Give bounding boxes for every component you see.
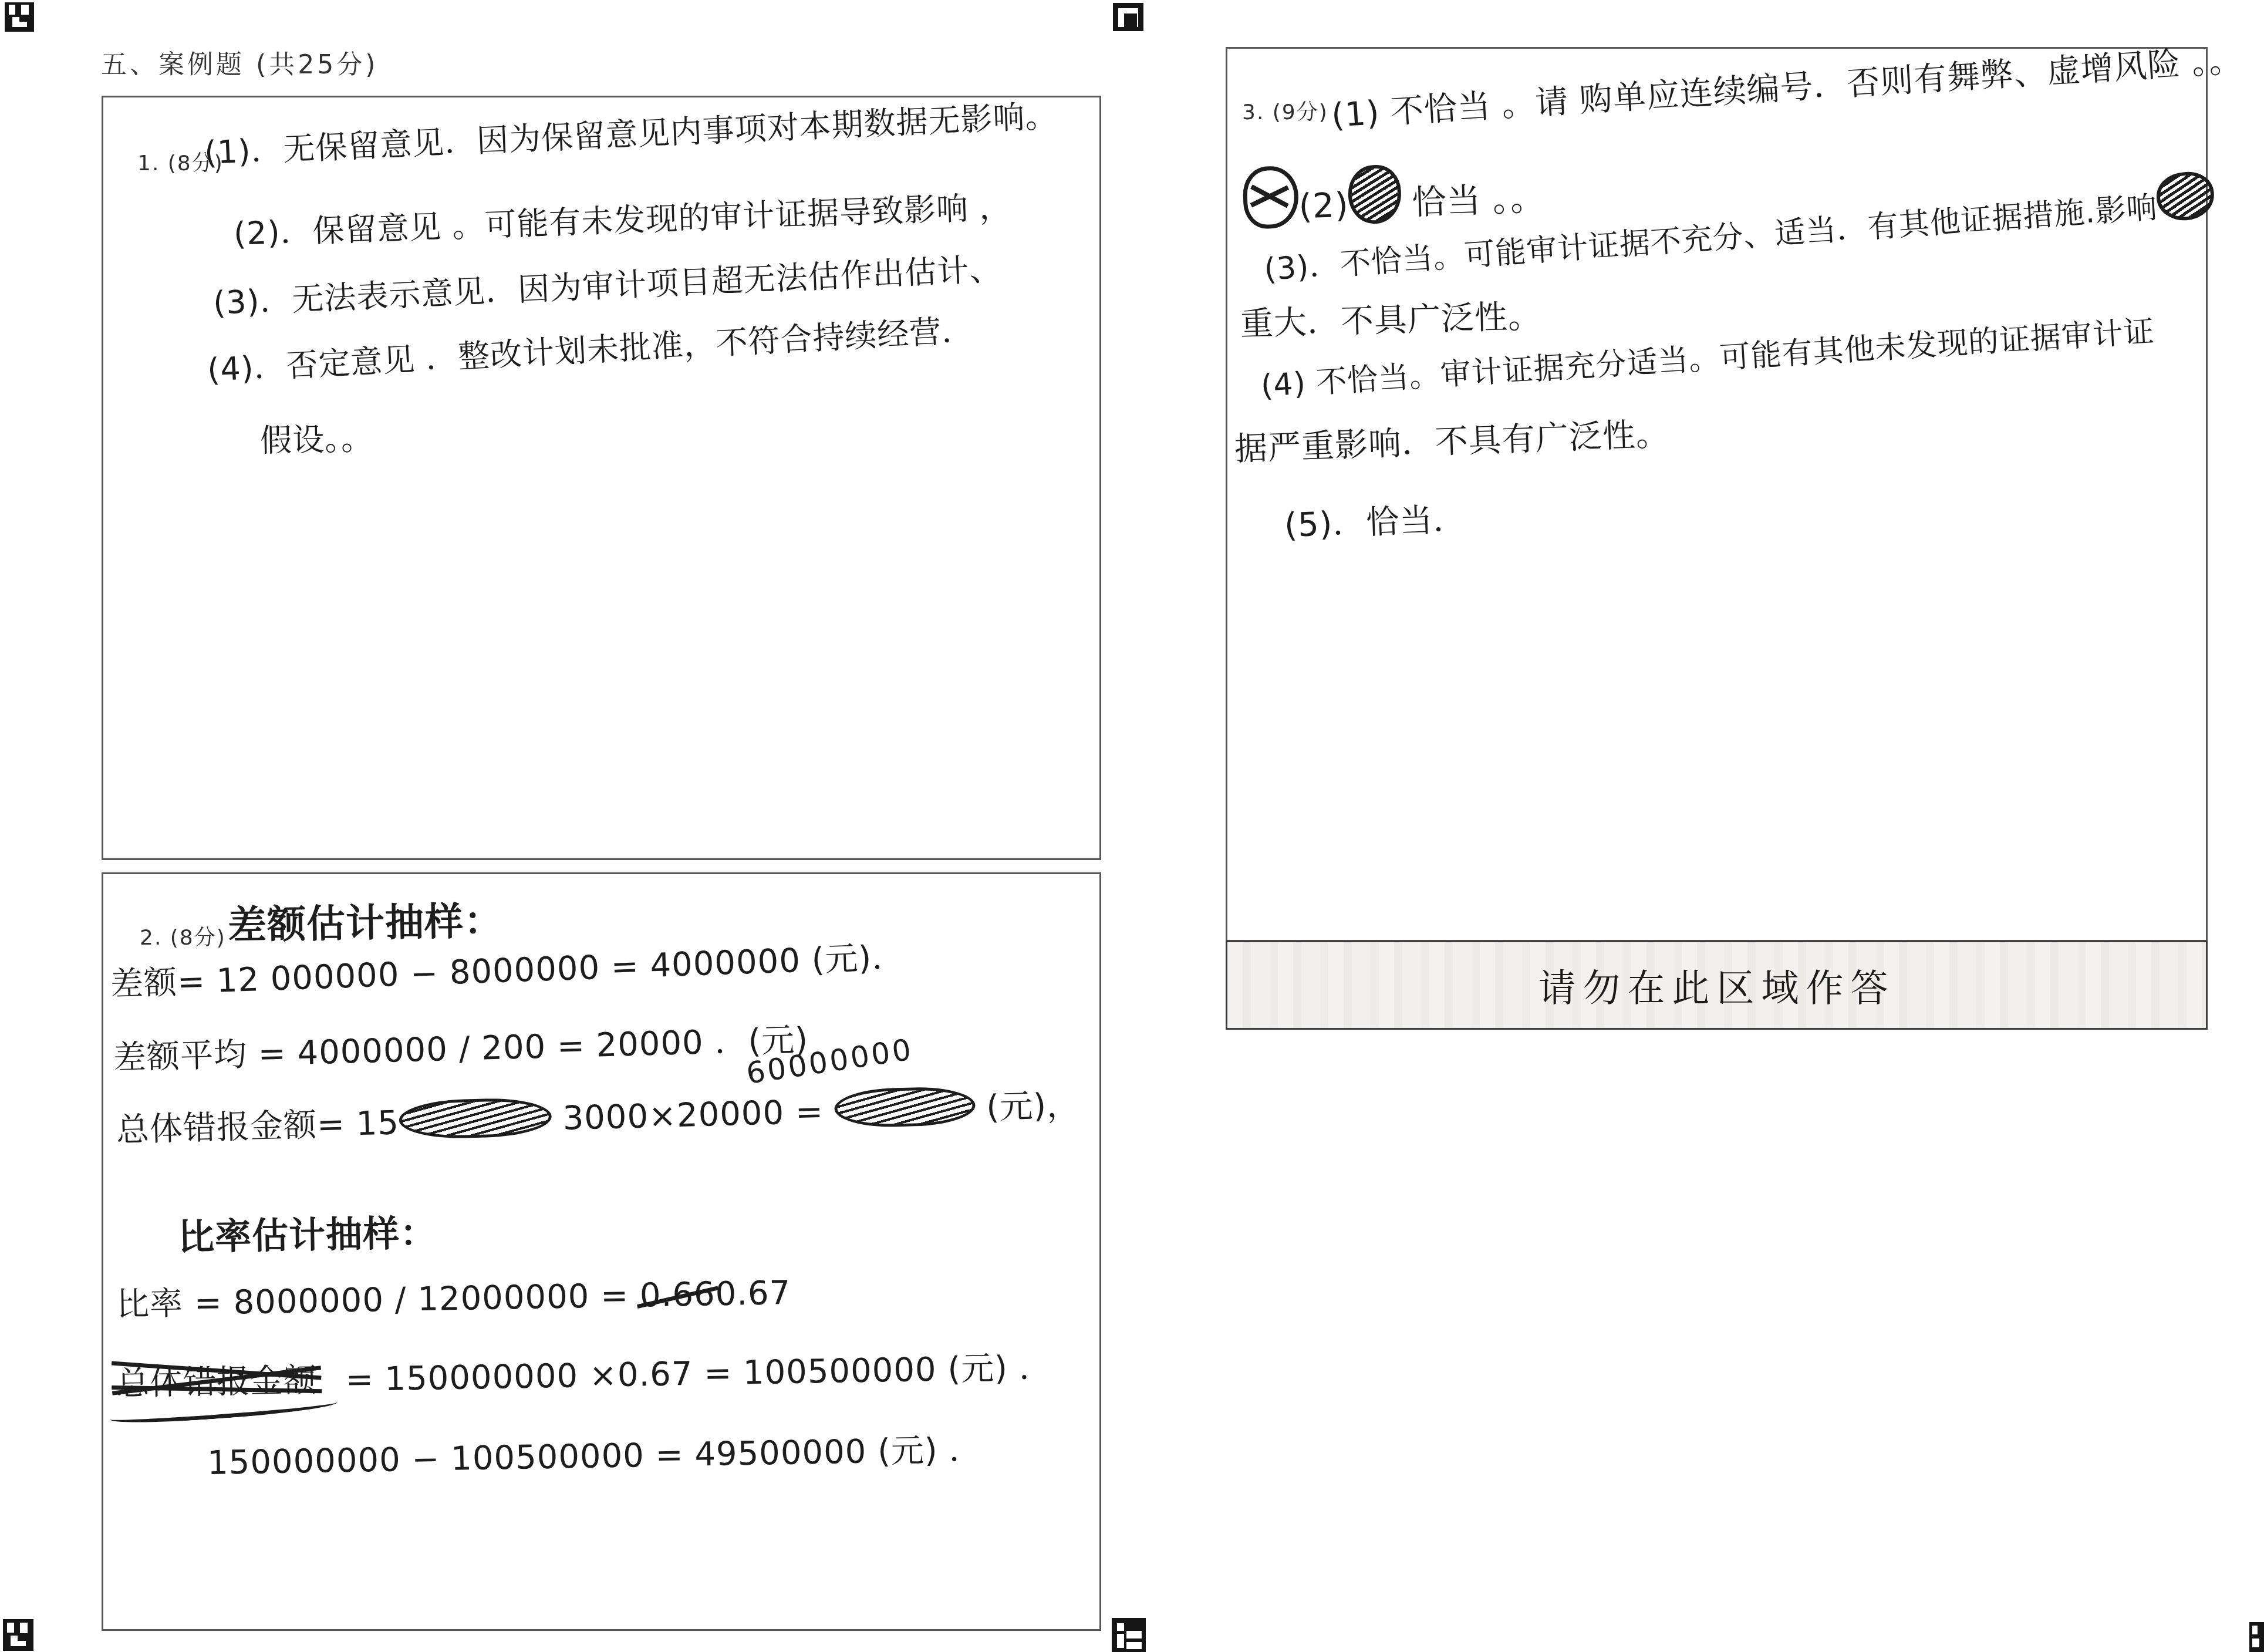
crossed-out-scribble [1347,164,1402,225]
q1-line-1: (1)．无保留意见．因为保留意见内事项对本期数据无影响。 [203,91,1058,173]
q2-crossed-label: 总体错报金额 [116,1354,317,1405]
q2-ratio-value: 0.67 [715,1274,791,1313]
q2-answer-box: 2. (8分) 差额估计抽样： 差额= 12 000000 − 8000000 … [102,872,1101,1631]
q1-line-5: 假设。。 [259,414,373,461]
q2-line-total: 60000000 总体错报金额= 15 3000×20000 = (元)， [116,1079,1081,1151]
q3-line-1: (1) 不恰当 。请 购单应连续编号．否则有舞弊、虚增风险 。。 [1330,34,2244,137]
do-not-answer-label: 请勿在此区域作答 [1538,958,1895,1012]
q1-line-2: (2)．保留意见 。可能有未发现的审计证据导致影响 ， [233,182,1013,254]
q3-label: 3. (9分) [1242,96,1328,126]
scan-marker-bottom-center-icon [1112,1618,1146,1652]
q2-heading-ratio: 比率估计抽样： [177,1203,437,1260]
q3-line-6: 据严重影响．不具有广泛性。 [1234,408,1670,470]
q3-line-7: (5)．恰当． [1284,493,1467,547]
q3-line-2-text: 恰当 。。 [1411,178,1546,222]
q2-ratio-prefix: 比率 = 8000000 / 12000000 = [116,1276,640,1324]
q2-total-mid: 3000×20000 = [562,1093,824,1138]
q1-answer-box: 1. (8分) (1)．无保留意见．因为保留意见内事项对本期数据无影响。 (2)… [102,96,1101,860]
q2-line-ratio: 比率 = 8000000 / 12000000 = 0.660.67 [116,1267,791,1326]
scan-marker-top-center-icon [1113,3,1143,31]
q2-line-avg: 差额平均 = 4000000 / 200 = 20000 ．(元) [113,1014,809,1079]
scan-marker-bottom-left-icon [3,1619,33,1651]
q2-total-prefix: 总体错报金额= 15 [116,1104,400,1149]
q2-ratio-struck-value: 0.66 [639,1275,716,1314]
scan-marker-top-left-icon [5,2,34,32]
scan-marker-bottom-right-icon [2249,1622,2264,1652]
do-not-answer-box: 请勿在此区域作答 [1226,940,2208,1030]
crossed-out-scribble [834,1086,976,1128]
q2-line-final: 150000000 − 100500000 = 49500000 (元) ． [207,1424,983,1484]
crossed-out-scribble [2155,170,2215,222]
q2-total2-rest: = 150000000 ×0.67 = 100500000 (元) ． [345,1348,1052,1399]
q3-answer-box: 3. (9分) (1) 不恰当 。请 购单应连续编号．否则有舞弊、虚增风险 。。… [1226,47,2208,942]
circled-scribble [1242,166,1300,230]
section-title: 五、案例题 (共25分) [101,43,378,81]
q2-heading: 差额估计抽样： [227,889,504,950]
q2-line-total2: 总体错报金额 = 150000000 ×0.67 = 100500000 (元)… [116,1341,1052,1405]
q2-label: 2. (8分) [140,921,226,951]
q3-line-2: (2)恰当 。。 [1242,157,1546,230]
crossed-out-scribble [399,1097,552,1140]
q2-total-suffix: (元)， [986,1086,1080,1127]
q3-line-4: 重大．不具广泛性。 [1240,291,1542,345]
q3-line-2-num: (2) [1298,185,1349,227]
answer-sheet-page: 五、案例题 (共25分) 1. (8分) (1)．无保留意见．因为保留意见内事项… [0,0,2264,1652]
